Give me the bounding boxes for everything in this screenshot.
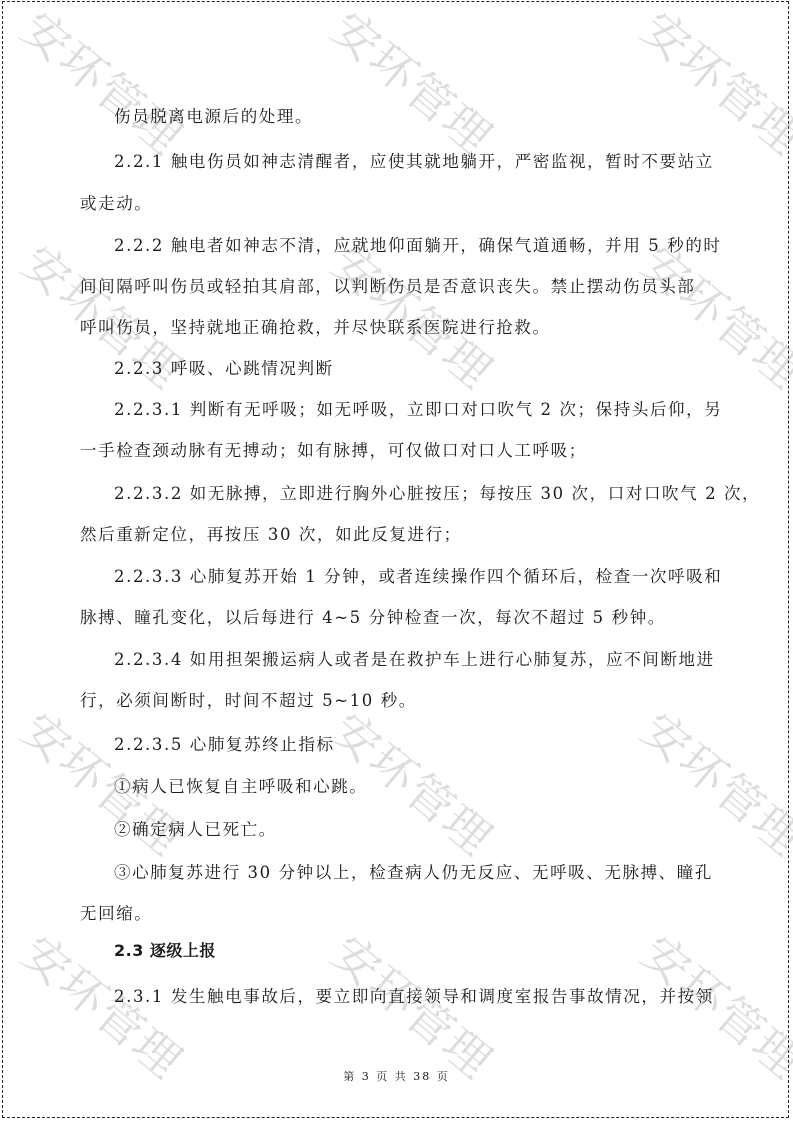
paragraph-line: 2.3.1 发生触电事故后，要立即向直接领导和调度室报告事故情况，并按领 <box>114 983 714 1007</box>
paragraph-line: 2.2.3.2 如无脉搏，立即进行胸外心脏按压；每按压 30 次，口对口吹气 2… <box>114 480 760 504</box>
paragraph-line: 2.2.3.1 判断有无呼吸；如无呼吸，立即口对口吹气 2 次；保持头后仰，另 <box>114 396 722 420</box>
paragraph-line: 2.2.3.4 如用担架搬运病人或者是在救护车上进行心肺复苏，应不间断地进 <box>114 646 715 670</box>
list-item: ②确定病人已死亡。 <box>114 816 277 840</box>
list-item-continuation: 无回缩。 <box>80 900 152 924</box>
page-number-footer: 第 3 页 共 38 页 <box>0 1068 793 1084</box>
subsection-title: 2.2.3 呼吸、心跳情况判断 <box>114 355 334 379</box>
section-heading: 2.3 逐级上报 <box>114 938 216 961</box>
paragraph-line: 或走动。 <box>80 190 152 214</box>
paragraph-line: 2.2.2 触电者如神志不清，应就地仰面躺开，确保气道通畅，并用 5 秒的时 <box>114 232 722 256</box>
paragraph-line: 脉搏、瞳孔变化，以后每进行 4~5 分钟检查一次，每次不超过 5 秒钟。 <box>80 604 666 628</box>
paragraph-line: 2.2.3.3 心肺复苏开始 1 分钟，或者连续操作四个循环后，检查一次呼吸和 <box>114 563 722 587</box>
paragraph-line: 2.2.1 触电伤员如神志清醒者，应使其就地躺开，严密监视，暂时不要站立 <box>114 148 714 172</box>
paragraph-line: 一手检查颈动脉有无搏动；如有脉搏，可仅做口对口人工呼吸； <box>80 437 587 461</box>
paragraph-line: 伤员脱离电源后的处理。 <box>114 103 313 127</box>
paragraph-line: 呼叫伤员，坚持就地正确抢救，并尽快联系医院进行抢救。 <box>80 314 551 338</box>
paragraph-line: 行，必须间断时，时间不超过 5~10 秒。 <box>80 687 417 711</box>
paragraph-line: 然后重新定位，再按压 30 次，如此反复进行； <box>80 521 462 545</box>
list-item: ①病人已恢复自主呼吸和心跳。 <box>114 773 367 797</box>
subsection-title: 2.2.3.5 心肺复苏终止指标 <box>114 731 335 755</box>
list-item: ③心肺复苏进行 30 分钟以上，检查病人仍无反应、无呼吸、无脉搏、瞳孔 <box>114 859 713 883</box>
paragraph-line: 间间隔呼叫伤员或轻拍其肩部，以判断伤员是否意识丧失。禁止摆动伤员头部 <box>80 273 695 297</box>
